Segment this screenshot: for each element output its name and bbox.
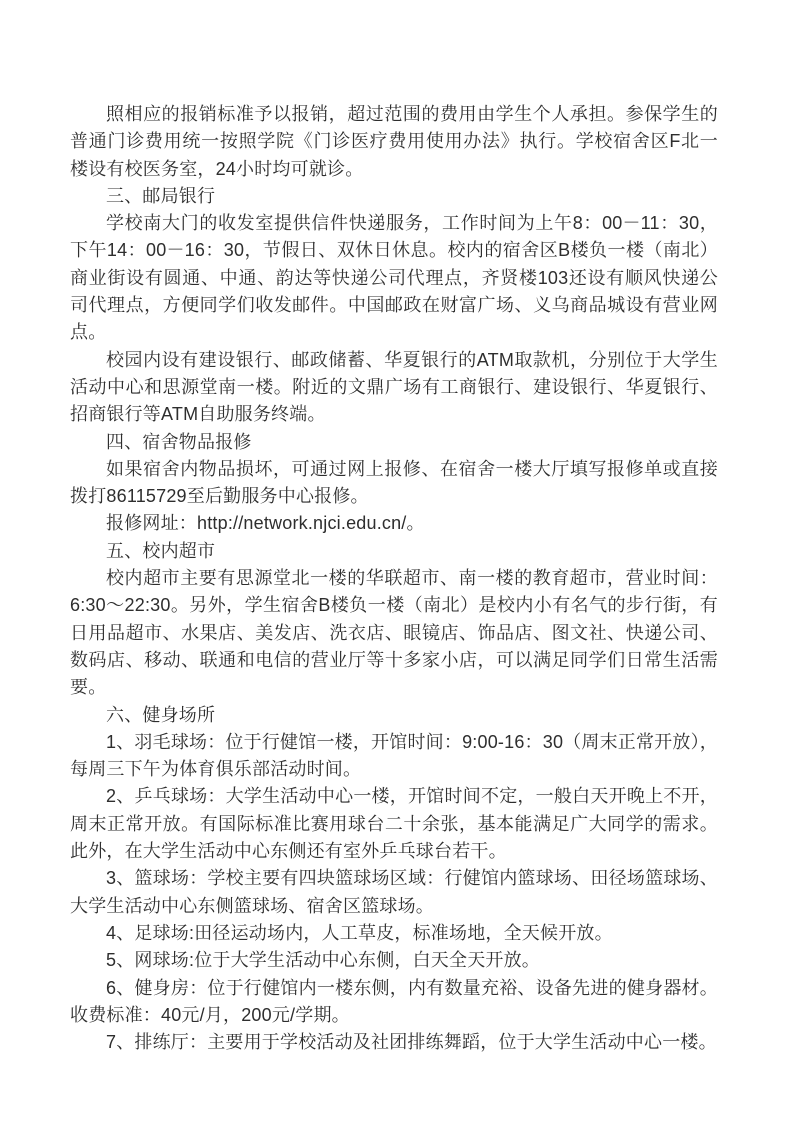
paragraph: 1、羽毛球场：位于行健馆一楼，开馆时间：9:00-16：30（周末正常开放），每… — [70, 729, 718, 784]
paragraph: 3、篮球场：学校主要有四块篮球场区域：行健馆内篮球场、田径场篮球场、大学生活动中… — [70, 865, 718, 920]
paragraph: 如果宿舍内物品损坏，可通过网上报修、在宿舍一楼大厅填写报修单或直接拨打86115… — [70, 456, 718, 511]
section-heading: 三、邮局银行 — [70, 183, 718, 210]
section-heading: 六、健身场所 — [70, 702, 718, 729]
paragraph: 6、健身房：位于行健馆内一楼东侧，内有数量充裕、设备先进的健身器材。收费标准：4… — [70, 975, 718, 1030]
paragraph: 学校南大门的收发室提供信件快递服务，工作时间为上午8：00－11：30，下午14… — [70, 210, 718, 346]
paragraph: 7、排练厅：主要用于学校活动及社团排练舞蹈，位于大学生活动中心一楼。 — [70, 1029, 718, 1056]
paragraph: 2、乒乓球场：大学生活动中心一楼，开馆时间不定，一般白天开晚上不开，周末正常开放… — [70, 783, 718, 865]
paragraph: 照相应的报销标准予以报销，超过范围的费用由学生个人承担。参保学生的普通门诊费用统… — [70, 101, 718, 183]
paragraph: 报修网址：http://network.njci.edu.cn/。 — [70, 510, 718, 537]
paragraph: 5、网球场:位于大学生活动中心东侧，白天全天开放。 — [70, 947, 718, 974]
paragraph: 4、足球场:田径运动场内，人工草皮，标准场地，全天候开放。 — [70, 920, 718, 947]
paragraph: 校内超市主要有思源堂北一楼的华联超市、南一楼的教育超市，营业时间：6:30～22… — [70, 565, 718, 701]
paragraph: 校园内设有建设银行、邮政储蓄、华夏银行的ATM取款机，分别位于大学生活动中心和思… — [70, 347, 718, 429]
document-body: 照相应的报销标准予以报销，超过范围的费用由学生个人承担。参保学生的普通门诊费用统… — [70, 101, 718, 1056]
section-heading: 四、宿舍物品报修 — [70, 429, 718, 456]
document-page: 照相应的报销标准予以报销，超过范围的费用由学生个人承担。参保学生的普通门诊费用统… — [0, 0, 787, 1128]
section-heading: 五、校内超市 — [70, 538, 718, 565]
